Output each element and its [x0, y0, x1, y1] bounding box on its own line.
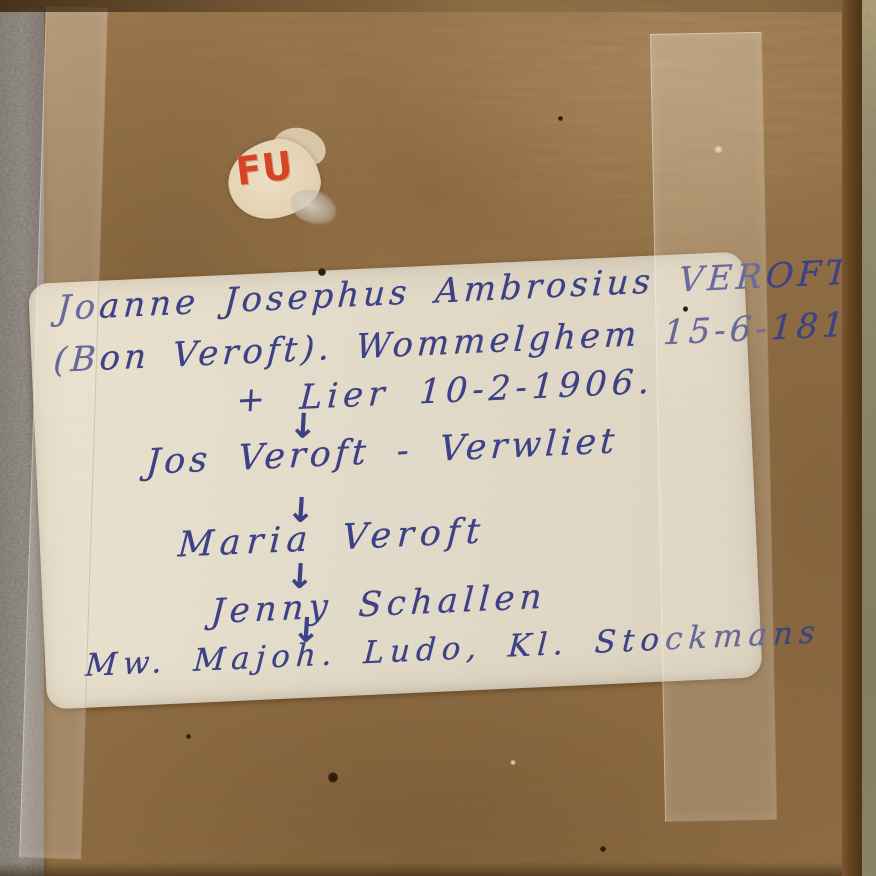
dark-speck [600, 846, 606, 852]
dark-speck [328, 772, 338, 783]
handwritten-label: Joanne Josephus Ambrosius VEROFT (Bon Ve… [28, 252, 763, 710]
sticker-letters: FU [234, 146, 296, 192]
dark-speck [683, 306, 688, 312]
top-edge-shadow [0, 0, 876, 12]
frame-outer-edge [862, 0, 876, 876]
price-sticker-remnant: FU [220, 128, 338, 228]
photo-frame-back: FU Joanne Josephus Ambrosius VEROFT (Bon… [0, 0, 876, 876]
bottom-edge-shadow [0, 862, 876, 876]
dark-speck [318, 268, 326, 276]
dark-speck [558, 116, 563, 121]
frame-edge-dark [842, 0, 862, 876]
light-fleck [714, 146, 723, 153]
light-fleck [510, 760, 516, 765]
dark-speck [186, 734, 191, 739]
